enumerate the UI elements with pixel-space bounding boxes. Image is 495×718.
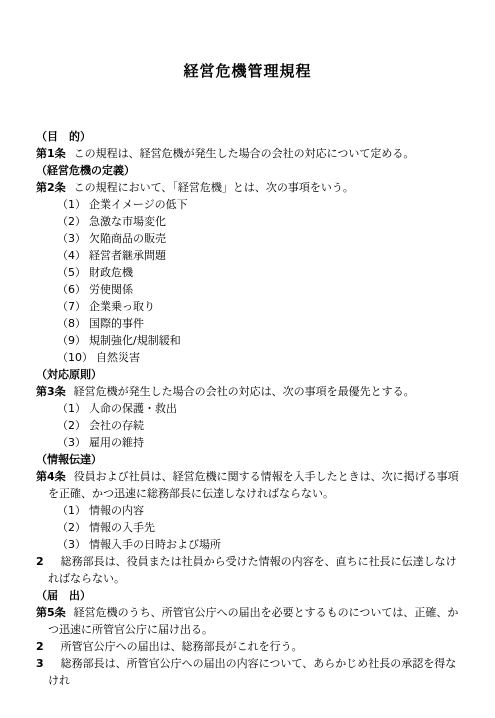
line-label: （9） <box>57 334 86 347</box>
line-text: 自然災害 <box>96 351 140 364</box>
line-label: （3） <box>57 538 86 551</box>
line-text: 国際的事件 <box>89 317 144 330</box>
list-item: （10）自然災害 <box>57 349 460 366</box>
line-text: （対応原則） <box>36 368 102 381</box>
line-text: 役員および社員は、経営危機に関する情報を入手したときは、次に掲げる事項を正確、か… <box>48 470 459 500</box>
document-title: 経営危機管理規程 <box>0 0 495 81</box>
line-text: 情報入手の日時および場所 <box>89 538 221 551</box>
line-text: 財政危機 <box>89 266 133 279</box>
line-text: （情報伝達） <box>36 453 102 466</box>
line-text: 総務部長は、所管官公庁への届出の内容について、あらかじめ社長の承認を得なけれ <box>48 657 456 687</box>
line-label: 第5条 <box>36 606 66 619</box>
line-label: 第4条 <box>36 470 66 483</box>
line-text: 急激な市場変化 <box>89 215 166 228</box>
paragraph-line: 2所管官公庁への届出は、総務部長がこれを行う。 <box>36 638 460 655</box>
line-label: （2） <box>57 521 86 534</box>
line-label: （2） <box>57 419 86 432</box>
section-heading: （目 的） <box>36 128 460 145</box>
line-text: 情報の入手先 <box>89 521 155 534</box>
line-label: 第1条 <box>36 147 66 160</box>
list-item: （2）情報の入手先 <box>57 519 460 536</box>
line-text: 経営者継承問題 <box>89 249 166 262</box>
line-text: 所管官公庁への届出は、総務部長がこれを行う。 <box>61 640 303 653</box>
article-line: 第5条経営危機のうち、所管官公庁への届出を必要とするものについては、正確、かつ迅… <box>36 604 460 638</box>
list-item: （3）雇用の維持 <box>57 434 460 451</box>
line-label: 2 <box>36 640 44 653</box>
list-item: （2）会社の存続 <box>57 417 460 434</box>
line-label: （3） <box>57 232 86 245</box>
line-text: （目 的） <box>36 130 91 143</box>
list-item: （1）情報の内容 <box>57 502 460 519</box>
line-label: （1） <box>57 198 86 211</box>
line-label: （1） <box>57 402 86 415</box>
line-label: （4） <box>57 249 86 262</box>
line-label: （3） <box>57 436 86 449</box>
line-text: 総務部長は、役員または社員から受けた情報の内容を、直ちに社長に伝達しなければなら… <box>48 555 457 585</box>
paragraph-line: 2総務部長は、役員または社員から受けた情報の内容を、直ちに社長に伝達しなければな… <box>36 553 460 587</box>
document-body: （目 的）第1条この規程は、経営危機が発生した場合の会社の対応について定める。（… <box>36 128 460 689</box>
line-text: 経営危機のうち、所管官公庁への届出を必要とするものについては、正確、かつ迅速に所… <box>48 606 458 636</box>
list-item: （2）急激な市場変化 <box>57 213 460 230</box>
line-label: （2） <box>57 215 86 228</box>
line-text: 企業イメージの低下 <box>89 198 188 211</box>
line-label: 3 <box>36 657 44 670</box>
line-label: 第2条 <box>36 181 66 194</box>
list-item: （3）情報入手の日時および場所 <box>57 536 460 553</box>
line-text: 規制強化/規制緩和 <box>89 334 181 347</box>
list-item: （4）経営者継承問題 <box>57 247 460 264</box>
article-line: 第4条役員および社員は、経営危機に関する情報を入手したときは、次に掲げる事項を正… <box>36 468 460 502</box>
line-text: （届 出） <box>36 589 91 602</box>
line-label: （10） <box>57 351 93 364</box>
paragraph-line: 3総務部長は、所管官公庁への届出の内容について、あらかじめ社長の承認を得なけれ <box>36 655 460 689</box>
list-item: （9）規制強化/規制緩和 <box>57 332 460 349</box>
document-page: 経営危機管理規程 （目 的）第1条この規程は、経営危機が発生した場合の会社の対応… <box>0 0 495 718</box>
line-text: 経営危機が発生した場合の会社の対応は、次の事項を最優先とする。 <box>74 385 415 398</box>
line-label: （1） <box>57 504 86 517</box>
list-item: （7）企業乗っ取り <box>57 298 460 315</box>
list-item: （6）労使関係 <box>57 281 460 298</box>
line-text: この規程は、経営危機が発生した場合の会社の対応について定める。 <box>74 147 415 160</box>
section-heading: （情報伝達） <box>36 451 460 468</box>
line-text: 情報の内容 <box>89 504 144 517</box>
line-text: 企業乗っ取り <box>89 300 155 313</box>
line-text: 労使関係 <box>89 283 133 296</box>
line-label: （8） <box>57 317 86 330</box>
line-text: 欠陥商品の販売 <box>89 232 166 245</box>
list-item: （1）企業イメージの低下 <box>57 196 460 213</box>
line-text: （経営危機の定義） <box>36 164 135 177</box>
line-text: 会社の存続 <box>89 419 144 432</box>
line-label: （7） <box>57 300 86 313</box>
line-text: 人命の保護・救出 <box>89 402 177 415</box>
line-text: 雇用の維持 <box>89 436 144 449</box>
section-heading: （対応原則） <box>36 366 460 383</box>
line-label: （6） <box>57 283 86 296</box>
list-item: （1）人命の保護・救出 <box>57 400 460 417</box>
list-item: （8）国際的事件 <box>57 315 460 332</box>
article-line: 第1条この規程は、経営危機が発生した場合の会社の対応について定める。 <box>36 145 460 162</box>
list-item: （5）財政危機 <box>57 264 460 281</box>
article-line: 第2条この規程において、「経営危機」とは、次の事項をいう。 <box>36 179 460 196</box>
line-label: 2 <box>36 555 44 568</box>
section-heading: （経営危機の定義） <box>36 162 460 179</box>
article-line: 第3条経営危機が発生した場合の会社の対応は、次の事項を最優先とする。 <box>36 383 460 400</box>
line-label: 第3条 <box>36 385 66 398</box>
list-item: （3）欠陥商品の販売 <box>57 230 460 247</box>
line-label: （5） <box>57 266 86 279</box>
line-text: この規程において、「経営危機」とは、次の事項をいう。 <box>74 181 354 194</box>
section-heading: （届 出） <box>36 587 460 604</box>
